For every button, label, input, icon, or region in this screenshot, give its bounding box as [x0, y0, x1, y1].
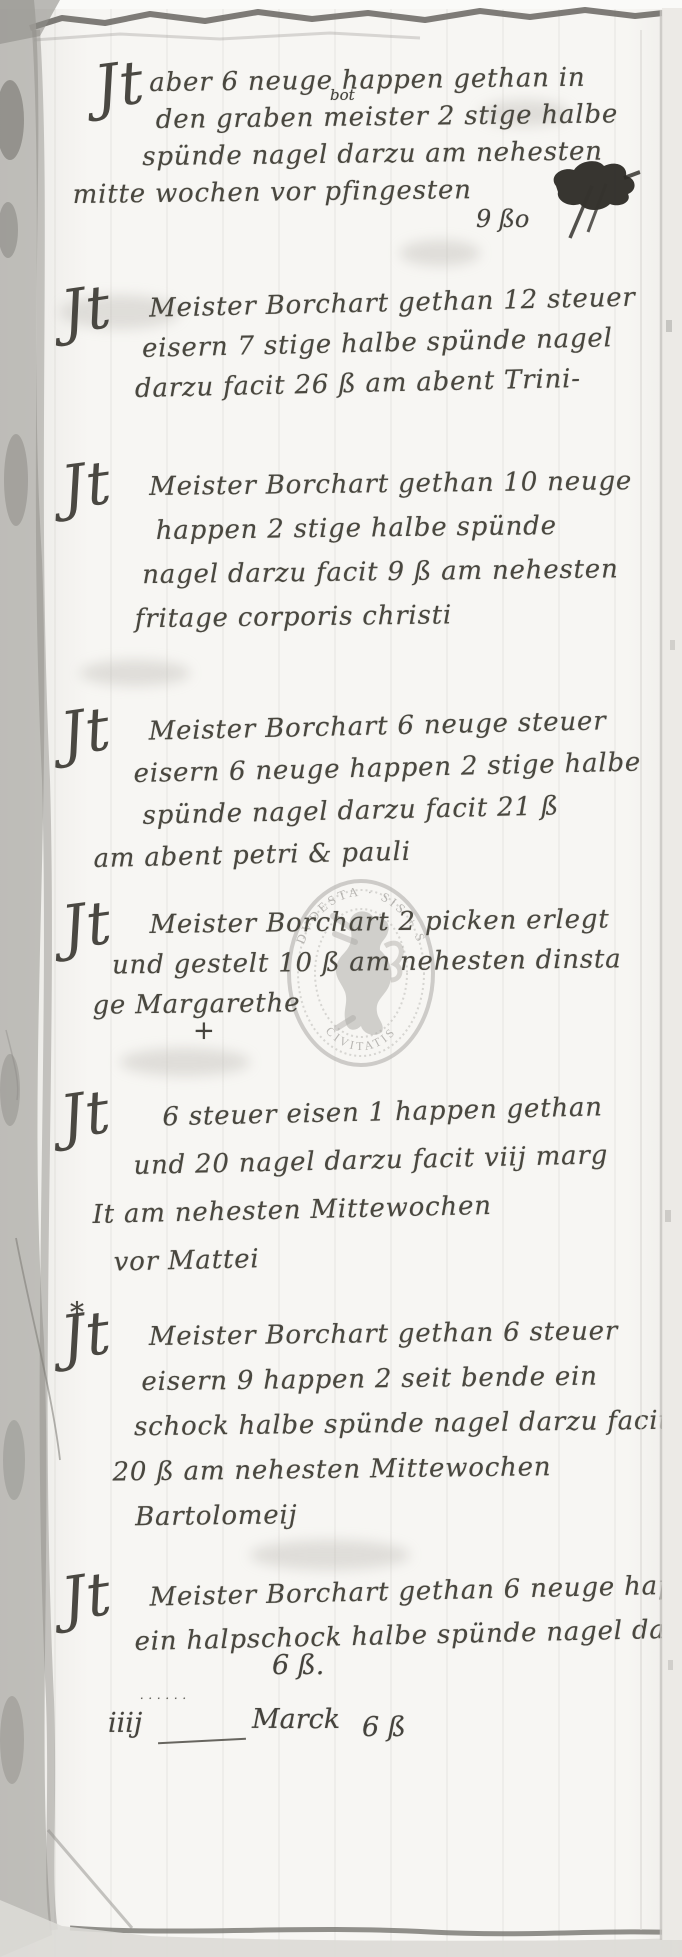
binding-edge-left — [0, 0, 60, 1957]
ledger-entry: Jt Meister Borchart gethan 6 steuer eise… — [149, 1309, 652, 1540]
ledger-entry: Jt Meister Borchart 2 picken erlegt und … — [149, 899, 650, 1025]
entry-line: aber 6 neuge happen gethan in — [149, 59, 649, 102]
bleed-through-smudge — [400, 240, 480, 266]
sum-unit: Marck — [252, 1704, 340, 1735]
ledger-entry: Jt Meister Borchart gethan 12 steuer eis… — [149, 277, 652, 408]
item-initial: Jt — [57, 277, 115, 344]
entry-amount: 6 ß. — [272, 1650, 324, 1681]
entry-line: Meister Borchart gethan 6 steuer — [149, 1309, 650, 1360]
sum-check-dots: ······ — [140, 1692, 191, 1705]
entry-line: Bartolomeij — [151, 1489, 652, 1540]
entry-line: eisern 9 happen 2 seit bende ein — [149, 1354, 650, 1405]
entry-line: den graben meister 2 stige halbe — [150, 96, 650, 139]
entry-line: schock halbe spünde nagel darzu facit — [150, 1399, 651, 1450]
entry-line: nagel darzu facit 9 ß am nehesten — [150, 547, 651, 597]
entry-amount: 9 ßo — [476, 205, 529, 233]
stamp-legend-lower: CIVITATIS — [323, 1024, 399, 1053]
item-initial: Jt — [57, 1303, 114, 1369]
entry-line: Meister Borchart gethan 10 neuge — [149, 459, 650, 509]
ledger-entry: Jt 6 steuer eisen 1 happen gethan und 20… — [148, 1082, 652, 1285]
sum-dash — [158, 1738, 246, 1745]
item-initial: Jt — [57, 1564, 115, 1631]
entry-line: Meister Borchart 2 picken erlegt — [149, 899, 649, 945]
item-initial: Jt — [91, 52, 148, 118]
entry-line: vor Mattei — [151, 1226, 652, 1285]
page-edge-bottom — [0, 1830, 682, 1957]
entry-line: fritage corporis christi — [151, 591, 652, 641]
sum-numeral: iiij — [108, 1708, 142, 1739]
item-initial: Jt — [57, 699, 115, 766]
sum-amount: 6 ß — [362, 1712, 406, 1743]
ledger-entry: Jt Meister Borchart 6 neuge steuer eiser… — [148, 699, 652, 878]
item-initial: Jt — [58, 893, 115, 959]
bleed-through-smudge — [80, 660, 190, 686]
ledger-entry: Jt Meister Borchart gethan 6 neuge happ … — [149, 1564, 651, 1663]
entry-line: ge Margarethe — [150, 979, 650, 1025]
interlinear-note: bot — [330, 86, 355, 104]
bleed-through-smudge — [250, 1540, 410, 1570]
check-mark-plus: + — [193, 1016, 215, 1046]
entry-line: mitte wochen vor pfingesten — [150, 170, 650, 213]
item-initial: Jt — [57, 453, 114, 519]
ledger-entry: Jt aber 6 neuge happen gethan in den gra… — [149, 59, 651, 213]
entry-line: happen 2 stige halbe spünde — [149, 503, 650, 553]
manuscript-scan: DVDESTA · SIS + S CIVITATIS Jt aber 6 ne… — [0, 0, 682, 1957]
bleed-through-smudge — [120, 1048, 250, 1076]
entry-line: und gestelt 10 ß am nehesten dinsta — [150, 939, 650, 985]
entry-line: spünde nagel darzu am nehesten — [150, 133, 650, 176]
svg-text:CIVITATIS: CIVITATIS — [323, 1024, 399, 1053]
torn-edge-top — [0, 0, 682, 40]
entry-line: 20 ß am nehesten Mittewochen — [150, 1444, 651, 1495]
ledger-entry: Jt Meister Borchart gethan 10 neuge happ… — [149, 459, 651, 641]
item-initial: Jt — [56, 1082, 114, 1149]
